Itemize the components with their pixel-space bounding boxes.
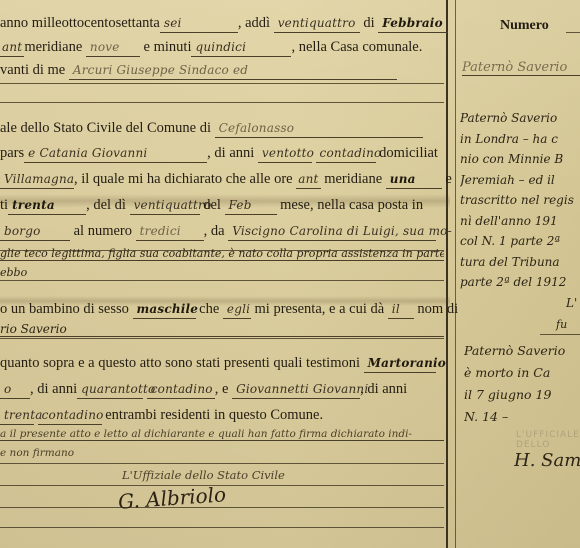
hw-witness-1-cont: o bbox=[0, 380, 30, 399]
faded-stamp: L'UFFICIALE DELLO bbox=[516, 430, 580, 450]
hw-day: ventiquattro bbox=[274, 14, 360, 33]
rule-line bbox=[0, 280, 444, 281]
hw-witness-2-age: trenta bbox=[0, 406, 34, 425]
margin-line: nio con Minnie B bbox=[460, 149, 580, 170]
printed-text: , di anni bbox=[360, 381, 407, 397]
hw-line-10: ebbo bbox=[0, 266, 27, 279]
margin-annotation-1: Paternò Saverioin Londra – ha cnio con M… bbox=[460, 108, 580, 293]
hw-witness-1: Martoranio bbox=[364, 354, 436, 373]
printed-text: o un bambino di sesso bbox=[0, 301, 129, 317]
numero-label: Numero bbox=[500, 18, 549, 34]
hw-comune: Cefalonasso bbox=[215, 119, 423, 138]
hw-house-number: tredici bbox=[136, 222, 204, 241]
hw-ampm: ant bbox=[0, 38, 24, 57]
margin-signature: H. Samm bbox=[514, 450, 580, 471]
printed-text: , addì bbox=[238, 15, 270, 31]
hw-day: ventiquattro bbox=[130, 196, 200, 215]
printed-text: e bbox=[445, 171, 451, 187]
margin-line: parte 2ª del 1912 bbox=[460, 272, 580, 293]
printed-text: , e bbox=[215, 381, 229, 397]
printed-text: mese, nella casa posta in bbox=[280, 197, 423, 213]
margin-sign-b: fu bbox=[556, 318, 567, 331]
act-line-13: quanto sopra e a questo atto sono stati … bbox=[0, 354, 436, 373]
act-line-4: ale dello Stato Civile del Comune di Cef… bbox=[0, 119, 423, 138]
margin-line: Jeremiah – ed il bbox=[460, 170, 580, 191]
margin-annotation-2: Paternò Saverioè morto in Cail 7 giugno … bbox=[464, 340, 580, 428]
printed-text: anno milleottocentosettanta bbox=[0, 15, 160, 31]
rule-line bbox=[540, 334, 580, 335]
margin-line: nì dell'anno 191 bbox=[460, 211, 580, 232]
printed-text: , del dì bbox=[86, 197, 126, 213]
rule-line bbox=[0, 463, 444, 464]
hw-child-name: rio Saverio bbox=[0, 322, 444, 337]
margin-faded-name: Paternò Saverio bbox=[462, 60, 580, 76]
act-line-8: borgo al numero tredici, da Viscigno Car… bbox=[0, 222, 436, 241]
rule-line bbox=[566, 32, 580, 33]
hw-closing-line: a il presente atto e letto al dichiarant… bbox=[0, 428, 444, 441]
printed-text: , da bbox=[204, 223, 225, 239]
printed-text: meridiane bbox=[324, 171, 382, 187]
act-line-11: o un bambino di sesso maschile che egli … bbox=[0, 300, 458, 319]
act-line-2: antmeridiane nove e minutiquindici, nell… bbox=[0, 38, 422, 57]
margin-line: trascritto nel regis bbox=[460, 190, 580, 211]
printed-text: mi presenta, e a cui dà bbox=[255, 301, 385, 317]
hw-residence: Villamagna bbox=[0, 170, 74, 189]
printed-text: e minuti bbox=[144, 39, 192, 55]
printed-text: di bbox=[363, 15, 374, 31]
printed-text: ti bbox=[0, 197, 8, 213]
hw-officer: Arcuri Giuseppe Sindaco ed bbox=[69, 61, 397, 80]
hw-witness-2-occupation: contadino bbox=[38, 406, 102, 425]
hw-hour-2: una bbox=[386, 170, 442, 189]
hw-minutes: trenta bbox=[8, 196, 86, 215]
margin-line: Paternò Saverio bbox=[460, 108, 580, 129]
hw-witness-1-age: quarantotto bbox=[77, 380, 143, 399]
printed-text: meridiane bbox=[24, 39, 82, 55]
rule-line bbox=[0, 507, 444, 508]
rule-line bbox=[0, 83, 444, 84]
printed-text: nom bbox=[417, 301, 443, 317]
hw-year: sei bbox=[160, 14, 238, 33]
margin-line: è morto in Ca bbox=[464, 362, 580, 384]
printed-text: domiciliat bbox=[379, 145, 438, 161]
hw-age: ventotto bbox=[258, 144, 312, 163]
hw-street: borgo bbox=[0, 222, 70, 241]
hw-sex: maschile bbox=[133, 300, 196, 319]
printed-text: che bbox=[199, 301, 219, 317]
rule-line bbox=[0, 338, 444, 339]
printed-text: vanti di me bbox=[0, 62, 65, 78]
act-line-14: o, di anniquarantotto contadino, e Giova… bbox=[0, 380, 407, 399]
hw-occupation: contadino bbox=[316, 144, 376, 163]
hw-witness-1-occupation: contadino bbox=[147, 380, 215, 399]
margin-line: in Londra – ha c bbox=[460, 129, 580, 150]
margin-sign-a: L' bbox=[566, 296, 577, 310]
printed-text: quanto sopra e a questo atto sono stati … bbox=[0, 355, 360, 371]
hw-article: il bbox=[388, 300, 414, 319]
hw-minutes: quindici bbox=[191, 38, 291, 57]
printed-text: pars bbox=[0, 145, 24, 161]
signature-title: L'Uffiziale dello Stato Civile bbox=[122, 468, 285, 482]
hw-presents: egli bbox=[223, 300, 251, 319]
rule-line bbox=[0, 527, 444, 528]
printed-text: ale dello Stato Civile del Comune di bbox=[0, 120, 211, 136]
printed-text: entrambi residenti in questo Comune. bbox=[105, 407, 323, 423]
printed-text: al numero bbox=[74, 223, 132, 239]
hw-hour: ant bbox=[296, 170, 320, 189]
printed-text: , di anni bbox=[207, 145, 254, 161]
printed-text: del bbox=[203, 197, 221, 213]
hw-month: Feb bbox=[225, 196, 277, 215]
rule-line bbox=[0, 102, 444, 103]
column-divider bbox=[455, 0, 456, 548]
hw-mother: Viscigno Carolina di Luigi, sua mo- bbox=[228, 222, 436, 241]
margin-line: tura del Tribuna bbox=[460, 252, 580, 273]
act-line-5: parse Catania Giovanni, di anni ventotto… bbox=[0, 144, 438, 163]
printed-text: , nella Casa comunale. bbox=[291, 39, 422, 55]
hw-declarant: e Catania Giovanni bbox=[24, 144, 207, 163]
hw-witness-2: Giovannetti Giovanni bbox=[232, 380, 360, 399]
column-divider bbox=[446, 0, 448, 548]
margin-line: N. 14 – bbox=[464, 406, 580, 428]
hw-month: Febbraio bbox=[378, 14, 448, 33]
hw-line-9: glie teco legittima, figlia sua coabitan… bbox=[0, 247, 444, 261]
act-line-15: trenta contadino entrambi residenti in q… bbox=[0, 406, 323, 425]
printed-text: , il quale mi ha dichiarato che alle ore bbox=[74, 171, 293, 187]
printed-text: di bbox=[447, 301, 458, 317]
hw-hour: nove bbox=[86, 38, 140, 57]
margin-line: il 7 giugno 19 bbox=[464, 384, 580, 406]
printed-text: , di anni bbox=[30, 381, 77, 397]
hw-closing-line-2: e non firmano bbox=[0, 447, 74, 459]
margin-line: Paternò Saverio bbox=[464, 340, 580, 362]
act-line-3: vanti di me Arcuri Giuseppe Sindaco ed bbox=[0, 61, 397, 80]
act-line-1: anno milleottocentosettantasei, addì ven… bbox=[0, 14, 448, 33]
act-line-7: titrenta, del dì ventiquattro del Feb me… bbox=[0, 196, 423, 215]
margin-line: col N. 1 parte 2ª bbox=[460, 231, 580, 252]
act-line-6: Villamagna, il quale mi ha dichiarato ch… bbox=[0, 170, 452, 189]
